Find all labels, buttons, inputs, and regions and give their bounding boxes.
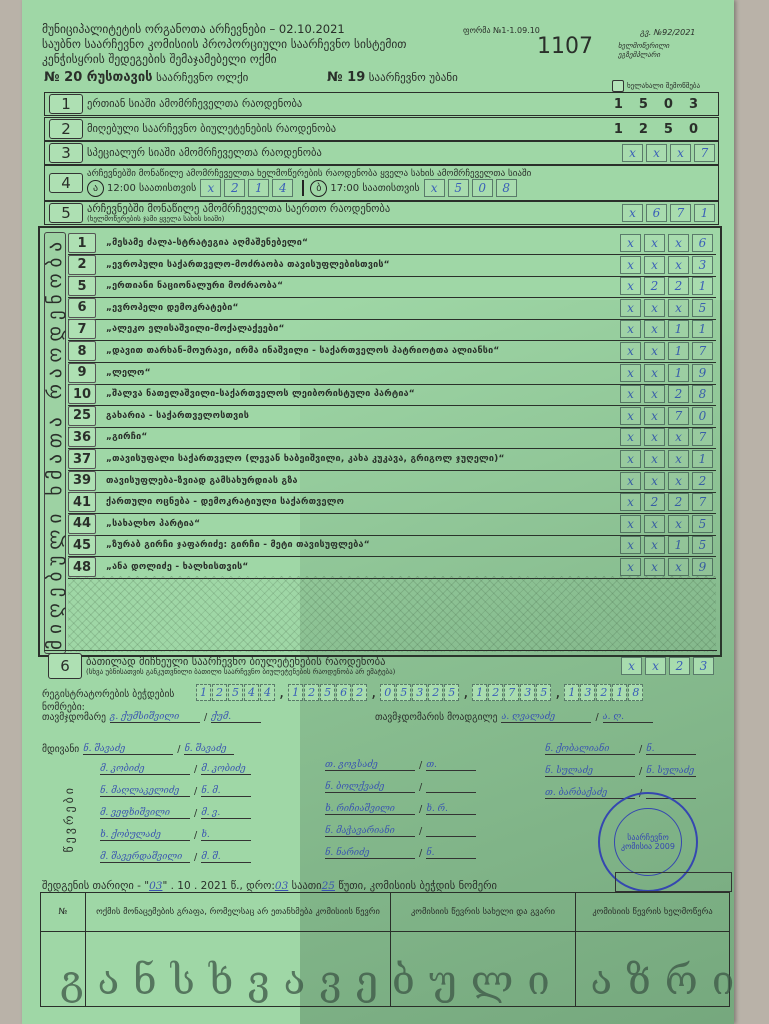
doc-number: გვ. №92/2021 — [640, 28, 695, 37]
value-cells: x 6 7 1 — [622, 204, 715, 222]
header-line-3: კენჭისყრის შედეგების შემაჯამებელი ოქმი — [42, 52, 462, 67]
digit-cell[interactable]: x — [668, 299, 689, 317]
digit-cell[interactable]: 1 — [668, 342, 689, 360]
digit-cell[interactable]: x — [620, 277, 641, 295]
header-line-1: მუნიციპალიტეტის ორგანოთა არჩევნები – 02.… — [42, 22, 462, 37]
deputy-signature: თავმჯდომარის მოადგილე ა. ღვალაძე/ ა. ღ. — [375, 712, 653, 723]
party-number: 2 — [68, 255, 96, 275]
member-signature: ნ. ნარიძე/ნ. — [325, 848, 476, 859]
members-label: წევრები — [62, 785, 76, 853]
col-member-name: კომისიის წევრის სახელი და გვარი — [391, 893, 576, 932]
row-label: ერთიან სიაში ამომრჩეველთა რაოდენობა — [87, 98, 614, 110]
registrar-number: 12562 — [288, 684, 367, 701]
party-number: 8 — [68, 341, 96, 361]
vote-cells: xxx1 — [620, 450, 713, 468]
digit-cell[interactable]: 2 — [692, 472, 713, 490]
row-label: არჩევნებში მონაწილე ამომრჩეველთა ხელმოწე… — [87, 169, 718, 179]
party-number: 37 — [68, 449, 96, 469]
digit-cell[interactable]: 2 — [668, 493, 689, 511]
digit-cell[interactable]: 1 — [668, 364, 689, 382]
digit-cell[interactable]: x — [200, 179, 221, 197]
member-sign[interactable]: ნ. მ. — [201, 786, 251, 797]
digit-cell[interactable]: x — [668, 450, 689, 468]
digit-cell[interactable]: 2 — [669, 657, 690, 675]
party-row: 37 „თავისუფალი საქართველო (ლევან ხაბეიშვ… — [68, 448, 716, 471]
party-row: 8 „დავით თარხან-მოურავი, ირმა ინაშვილი -… — [68, 340, 716, 363]
member-name[interactable]: თ. გოგსაძე — [325, 760, 415, 771]
digit-cell[interactable]: 5 — [536, 684, 551, 701]
member-name[interactable]: ნ. ნარიძე — [325, 848, 415, 859]
party-row: 9 „ლელო“ xx19 — [68, 362, 716, 385]
digit-cell[interactable]: 2 — [644, 493, 665, 511]
member-signature: ნ. ბოლქვაძე/ — [325, 782, 476, 793]
digit-cell[interactable]: 2 — [488, 684, 503, 701]
member-signature: ნ. მაღლაკელიძე/ნ. მ. — [100, 786, 251, 797]
vote-cells: xxx7 — [620, 428, 713, 446]
digit-cell[interactable]: 2 — [596, 684, 611, 701]
party-number: 41 — [68, 492, 96, 512]
row-label: არჩევნებში მონაწილე ამომრჩეველთა საერთო … — [87, 203, 622, 223]
digit-cell[interactable]: 5 — [692, 299, 713, 317]
form-code: ფორმა №1-1.09.10 — [463, 26, 540, 35]
member-name[interactable]: თ. ბარბაქაძე — [545, 788, 635, 799]
digit-cell[interactable]: x — [644, 558, 665, 576]
party-number: 39 — [68, 471, 96, 491]
party-number: 44 — [68, 514, 96, 534]
digit-cell[interactable]: 2 — [668, 277, 689, 295]
noon-label: 12:00 საათისთვის — [107, 183, 196, 194]
member-name[interactable]: ხ. ქობულაძე — [100, 830, 190, 841]
digit-cell[interactable]: 3 — [693, 657, 714, 675]
party-name: „ევროპული საქართველო-მოძრაობა თავისუფლებ… — [106, 260, 620, 270]
vote-cells: xxx9 — [620, 558, 713, 576]
digit-cell[interactable]: 5 — [448, 179, 469, 197]
party-number: 7 — [68, 319, 96, 339]
digit-cell[interactable]: x — [668, 256, 689, 274]
digit-cell[interactable]: x — [620, 472, 641, 490]
member-signature: თ. გოგსაძე/თ. — [325, 760, 476, 771]
member-name[interactable]: ნ. მაჭავარიანი — [325, 826, 415, 837]
evening-cells: x 5 0 8 — [424, 179, 517, 197]
digit-cell[interactable]: x — [620, 536, 641, 554]
row-value: 1250 — [614, 122, 714, 137]
member-name[interactable]: ნ. სულაძე — [545, 766, 635, 777]
party-row: 5 „ერთიანი ნაციონალური მოძრაობა“ x221 — [68, 275, 716, 298]
digit-cell[interactable]: x — [644, 536, 665, 554]
digit-cell[interactable]: 1 — [668, 320, 689, 338]
secretary-sign[interactable]: ნ. შავაძე — [184, 744, 234, 755]
doc-note: ხელმოწერილი ეგზემპლარი — [618, 42, 698, 60]
party-row: 1 „მესამე ძალა-სტრატეგია აღმაშენებელი“ x… — [68, 232, 716, 255]
summary-row-2: 2 მიღებული საარჩევნო ბიულეტენების რაოდენ… — [44, 117, 719, 141]
col-field: ოქმის მონაცემების გრაფა, რომელსაც არ ეთა… — [86, 893, 391, 932]
digit-cell[interactable]: x — [644, 472, 665, 490]
party-number: 9 — [68, 363, 96, 383]
party-name: „ზურაბ გირჩი ჯაფარიძე: გირჩი - მეტი თავი… — [106, 540, 620, 550]
digit-cell[interactable]: 5 — [320, 684, 335, 701]
member-sign[interactable]: ნ. — [646, 744, 696, 755]
party-number: 6 — [68, 298, 96, 318]
party-row: 45 „ზურაბ გირჩი ჯაფარიძე: გირჩი - მეტი თ… — [68, 534, 716, 557]
vote-cells: xxx2 — [620, 472, 713, 490]
mark-b: ბ — [310, 180, 327, 197]
member-sign[interactable]: მ. ვ. — [201, 808, 251, 819]
party-number: 45 — [68, 535, 96, 555]
digit-cell[interactable]: 2 — [212, 684, 227, 701]
separator: , — [463, 682, 468, 701]
digit-cell[interactable]: 1 — [288, 684, 303, 701]
party-number: 1 — [68, 233, 96, 253]
table-header-row: № ოქმის მონაცემების გრაფა, რომელსაც არ ე… — [41, 893, 730, 932]
value-cells: x x x 7 — [622, 144, 715, 162]
registrar-seal-numbers: 12544,12562,05325,12735,13218 — [196, 682, 643, 701]
digit-cell[interactable]: x — [644, 320, 665, 338]
digit-cell[interactable]: x — [620, 256, 641, 274]
turnout-row: 4 არჩევნებში მონაწილე ამომრჩეველთა ხელმო… — [44, 165, 719, 201]
digit-cell[interactable]: 5 — [396, 684, 411, 701]
member-sign[interactable]: ნ. სულაძე — [646, 766, 696, 777]
handwritten-dissent: განსხვავებული აზრი — [60, 958, 748, 1004]
digit-cell[interactable]: x — [644, 342, 665, 360]
protocol-header: მუნიციპალიტეტის ორგანოთა არჩევნები – 02.… — [42, 22, 462, 67]
row-number: 5 — [49, 203, 83, 223]
party-row: 41 ქართული ოცნება - დემოკრატიული საქართვ… — [68, 491, 716, 514]
member-name[interactable]: ნ. ქობალიანი — [545, 744, 635, 755]
separator: , — [555, 682, 560, 701]
vote-cells: xx17 — [620, 342, 713, 360]
digit-cell[interactable]: 0 — [472, 179, 493, 197]
party-name: „სახალხო პარტია“ — [106, 519, 620, 529]
row-number: 4 — [49, 173, 83, 193]
digit-cell[interactable]: 4 — [272, 179, 293, 197]
digit-cell[interactable]: x — [645, 657, 666, 675]
member-signature: ნ. ქობალიანი/ნ. — [545, 744, 696, 755]
digit-cell[interactable]: x — [620, 234, 641, 252]
row-label: ბათილად მიჩნეული საარჩევნო ბიულეტენების … — [86, 656, 621, 676]
party-name: თავისუფლება-ზვიად გამსახურდიას გზა — [106, 476, 620, 486]
party-row: 39 თავისუფლება-ზვიად გამსახურდიას გზა xx… — [68, 470, 716, 493]
digit-cell[interactable]: 0 — [380, 684, 395, 701]
member-sign[interactable]: მ. კობიძე — [201, 764, 251, 775]
row-label: სპეციალურ სიაში ამომრჩეველთა რაოდენობა — [87, 147, 622, 159]
vote-cells: xx28 — [620, 385, 713, 403]
col-member-sign: კომისიის წევრის ხელმოწერა — [576, 893, 730, 932]
party-row: 44 „სახალხო პარტია“ xxx5 — [68, 513, 716, 536]
party-name: „შალვა ნათელაშვილი-საქართველოს ლეიბორისტ… — [106, 389, 620, 399]
digit-cell[interactable]: x — [668, 515, 689, 533]
member-sign[interactable]: ნ. — [426, 848, 476, 859]
party-row: 7 „ალეკო ელისაშვილი-მოქალაქეები“ xx11 — [68, 318, 716, 341]
member-sign[interactable]: ხ. — [201, 830, 251, 841]
party-name: „დავით თარხან-მოურავი, ირმა ინაშვილი - ს… — [106, 346, 620, 356]
digit-cell[interactable]: 1 — [692, 320, 713, 338]
digit-cell[interactable]: x — [620, 407, 641, 425]
party-row: 25 გახარია - საქართველოსთვის xx70 — [68, 405, 716, 428]
secretary-signature: მდივანი ნ. შავაძე/ ნ. შავაძე — [42, 744, 234, 755]
digit-cell[interactable]: 1 — [196, 684, 211, 701]
registrar-number: 05325 — [380, 684, 459, 701]
vote-cells: xx19 — [620, 364, 713, 382]
digit-cell[interactable]: 2 — [428, 684, 443, 701]
digit-cell[interactable]: 1 — [612, 684, 627, 701]
row-number: 1 — [49, 94, 83, 114]
evening-label: 17:00 საათისთვის — [330, 183, 419, 194]
registrar-number: 13218 — [564, 684, 643, 701]
digit-cell[interactable]: 5 — [444, 684, 459, 701]
deputy-name[interactable]: ა. ღვალაძე — [501, 712, 591, 723]
digit-cell[interactable]: x — [424, 179, 445, 197]
member-name[interactable]: ნ. მაღლაკელიძე — [100, 786, 190, 797]
vote-cells: xx70 — [620, 407, 713, 425]
digit-cell[interactable]: 8 — [692, 385, 713, 403]
member-sign[interactable]: ხ. რ. — [426, 804, 476, 815]
digit-cell[interactable]: x — [668, 472, 689, 490]
party-name: „ალეკო ელისაშვილი-მოქალაქეები“ — [106, 324, 620, 334]
summary-row-3: 3 სპეციალურ სიაში ამომრჩეველთა რაოდენობა… — [44, 141, 719, 165]
col-number: № — [41, 893, 86, 932]
party-row: 6 „ევროპელი დემოკრატები“ xxx5 — [68, 297, 716, 320]
digit-cell[interactable]: x — [644, 450, 665, 468]
digit-cell[interactable]: x — [646, 144, 667, 162]
time-minute[interactable]: 25 — [322, 880, 335, 892]
secretary-name[interactable]: ნ. შავაძე — [83, 744, 173, 755]
party-votes-block: მიღებული ხმათა რაოდენობა 1 „მესამე ძალა-… — [38, 226, 722, 657]
digit-cell[interactable]: 1 — [248, 179, 269, 197]
digit-cell[interactable]: x — [620, 450, 641, 468]
digit-cell[interactable]: x — [622, 204, 643, 222]
divider — [302, 180, 304, 196]
row-number: 2 — [49, 119, 83, 139]
party-row: 10 „შალვა ნათელაშვილი-საქართველოს ლეიბორ… — [68, 383, 716, 406]
digit-cell[interactable]: x — [620, 558, 641, 576]
digit-cell[interactable]: 5 — [692, 536, 713, 554]
digit-cell[interactable]: 7 — [692, 342, 713, 360]
hatched-area — [68, 576, 716, 652]
vote-cells: xx15 — [620, 536, 713, 554]
digit-cell[interactable]: 3 — [692, 256, 713, 274]
digit-cell[interactable]: x — [668, 234, 689, 252]
member-signature: ნ. სულაძე/ნ. სულაძე — [545, 766, 696, 777]
member-signature: მ. ვეფხიშვილი/მ. ვ. — [100, 808, 251, 819]
digit-cell[interactable]: 3 — [412, 684, 427, 701]
party-row: 36 „გირჩი“ xxx7 — [68, 426, 716, 449]
digit-cell[interactable]: 5 — [228, 684, 243, 701]
digit-cell[interactable]: 7 — [670, 204, 691, 222]
row-number: 3 — [49, 143, 83, 163]
digit-cell[interactable]: x — [670, 144, 691, 162]
deputy-sign[interactable]: ა. ღ. — [603, 712, 653, 723]
checkbox-icon[interactable] — [612, 80, 624, 92]
digit-cell[interactable]: x — [644, 515, 665, 533]
chair-name[interactable]: გ. ქუმსიშვილი — [110, 712, 200, 723]
digit-cell[interactable]: 8 — [628, 684, 643, 701]
row-label: მიღებული საარჩევნო ბიულეტენების რაოდენობ… — [87, 123, 614, 135]
digit-cell[interactable]: 8 — [496, 179, 517, 197]
digit-cell[interactable]: x — [620, 515, 641, 533]
digit-cell[interactable]: x — [620, 428, 641, 446]
digit-cell[interactable]: x — [644, 407, 665, 425]
digit-cell[interactable]: x — [644, 256, 665, 274]
digit-cell[interactable]: x — [620, 299, 641, 317]
chair-signature: თავმჯდომარე გ. ქუმსიშვილი/ ქუმ. — [42, 712, 261, 723]
row-number: 6 — [48, 653, 82, 679]
digit-cell[interactable]: 2 — [304, 684, 319, 701]
party-row: 2 „ევროპული საქართველო-მოძრაობა თავისუფლ… — [68, 254, 716, 277]
digit-cell[interactable]: 1 — [694, 204, 715, 222]
digit-cell[interactable]: 7 — [692, 428, 713, 446]
vote-cells: xx11 — [620, 320, 713, 338]
digit-cell[interactable]: x — [644, 428, 665, 446]
party-name: „გირჩი“ — [106, 432, 620, 442]
value-cells: x x 2 3 — [621, 657, 714, 675]
party-name: „თავისუფალი საქართველო (ლევან ხაბეიშვილი… — [106, 454, 620, 464]
vote-cells: xxx5 — [620, 299, 713, 317]
digit-cell[interactable]: x — [644, 364, 665, 382]
party-number: 5 — [68, 276, 96, 296]
member-sign[interactable] — [426, 792, 476, 793]
digit-cell[interactable]: 5 — [692, 515, 713, 533]
seal-number-box[interactable] — [615, 872, 732, 892]
digit-cell[interactable]: 7 — [692, 493, 713, 511]
digit-cell[interactable]: 1 — [692, 277, 713, 295]
digit-cell[interactable]: x — [668, 428, 689, 446]
digit-cell[interactable]: 6 — [336, 684, 351, 701]
separator: , — [279, 682, 284, 701]
protocol-number: 1107 — [537, 34, 593, 59]
party-number: 36 — [68, 427, 96, 447]
digit-cell[interactable]: 7 — [668, 407, 689, 425]
date-day[interactable]: 03 — [149, 880, 162, 892]
digit-cell[interactable]: x — [644, 385, 665, 403]
digit-cell[interactable]: x — [644, 299, 665, 317]
invalid-ballots-row: 6 ბათილად მიჩნეული საარჩევნო ბიულეტენები… — [44, 650, 717, 681]
date-line: შედგენის თარიღი - "03" . 10 . 2021 წ., დ… — [42, 880, 497, 892]
party-name: „ევროპელი დემოკრატები“ — [106, 303, 620, 313]
precinct: № 19 საარჩევნო უბანი — [327, 70, 458, 85]
digit-cell[interactable]: 1 — [692, 450, 713, 468]
digit-cell[interactable]: x — [620, 364, 641, 382]
member-signature: მ. კობიძე/მ. კობიძე — [100, 764, 251, 775]
digit-cell[interactable]: 4 — [260, 684, 275, 701]
digit-cell[interactable]: 9 — [692, 364, 713, 382]
digit-cell[interactable]: 6 — [692, 234, 713, 252]
digit-cell[interactable]: 1 — [564, 684, 579, 701]
digit-cell[interactable]: 2 — [668, 385, 689, 403]
member-signature: თ. ბარბაქაძე/ — [545, 788, 696, 799]
header-line-2: საუბნო საარჩევნო კომისიის პროპორციული სა… — [42, 37, 462, 52]
member-signature: ნ. მაჭავარიანი/ — [325, 826, 476, 837]
vote-cells: x221 — [620, 277, 713, 295]
member-sign[interactable]: თ. — [426, 760, 476, 771]
party-name: „მესამე ძალა-სტრატეგია აღმაშენებელი“ — [106, 238, 620, 248]
member-name[interactable]: მ. ვეფხიშვილი — [100, 808, 190, 819]
party-name: „ლელო“ — [106, 368, 620, 378]
member-name[interactable]: ხ. რიჩიაშვილი — [325, 804, 415, 815]
vote-cells: xxx3 — [620, 256, 713, 274]
party-block-label: მიღებული ხმათა რაოდენობა — [44, 232, 66, 654]
chair-sign[interactable]: ქუმ. — [211, 712, 261, 723]
digit-cell[interactable]: 0 — [692, 407, 713, 425]
digit-cell[interactable]: x — [621, 657, 642, 675]
registrar-number: 12735 — [472, 684, 551, 701]
registrar-number: 12544 — [196, 684, 275, 701]
party-name: „ანა დოლიძე - ხალხისთვის“ — [106, 562, 620, 572]
party-name: ქართული ოცნება - დემოკრატიული საქართველო — [106, 497, 620, 507]
member-sign[interactable]: მ. შ. — [201, 852, 251, 863]
digit-cell[interactable]: 7 — [504, 684, 519, 701]
digit-cell[interactable]: 1 — [668, 536, 689, 554]
member-signature: ხ. რიჩიაშვილი/ხ. რ. — [325, 804, 476, 815]
party-name: „ერთიანი ნაციონალური მოძრაობა“ — [106, 281, 620, 291]
summary-row-1: 1 ერთიან სიაში ამომრჩეველთა რაოდენობა 15… — [44, 92, 719, 116]
digit-cell[interactable]: 9 — [692, 558, 713, 576]
turnout-content: არჩევნებში მონაწილე ამომრჩეველთა ხელმოწე… — [87, 169, 718, 197]
digit-cell[interactable]: x — [668, 558, 689, 576]
vote-cells: xxx6 — [620, 234, 713, 252]
member-name[interactable]: ნ. ბოლქვაძე — [325, 782, 415, 793]
recount-checkbox[interactable]: ხელახალი შემოწმება — [612, 80, 700, 92]
vote-cells: x227 — [620, 493, 713, 511]
party-name: გახარია - საქართველოსთვის — [106, 411, 620, 421]
digit-cell[interactable]: x — [620, 385, 641, 403]
party-number: 10 — [68, 384, 96, 404]
district: № 20 რუსთავის საარჩევნო ოლქი — [44, 70, 248, 85]
member-sign[interactable] — [426, 836, 476, 837]
mark-a: ა — [87, 180, 104, 197]
row-value: 1503 — [614, 97, 714, 112]
total-row: 5 არჩევნებში მონაწილე ამომრჩეველთა საერთ… — [44, 201, 719, 225]
member-signature: მ. შავერდაშვილი/მ. შ. — [100, 852, 251, 863]
member-name[interactable]: მ. შავერდაშვილი — [100, 852, 190, 863]
digit-cell[interactable]: x — [622, 144, 643, 162]
turnout-values: ა 12:00 საათისთვის x 2 1 4 ბ 17:00 საათი… — [87, 179, 718, 197]
digit-cell[interactable]: 2 — [224, 179, 245, 197]
digit-cell[interactable]: 4 — [244, 684, 259, 701]
digit-cell[interactable]: 2 — [644, 277, 665, 295]
member-signature: ხ. ქობულაძე/ხ. — [100, 830, 251, 841]
digit-cell[interactable]: x — [620, 320, 641, 338]
registrar-label: რეგისტრატორების ბეჭდების ნომრები: — [42, 688, 192, 714]
digit-cell[interactable]: 1 — [472, 684, 487, 701]
separator: , — [371, 682, 376, 701]
digit-cell[interactable]: x — [620, 342, 641, 360]
time-hour[interactable]: 03 — [275, 880, 288, 892]
digit-cell[interactable]: x — [644, 234, 665, 252]
digit-cell[interactable]: 2 — [352, 684, 367, 701]
digit-cell[interactable]: x — [620, 493, 641, 511]
party-number: 25 — [68, 406, 96, 426]
vote-cells: xxx5 — [620, 515, 713, 533]
digit-cell[interactable]: 3 — [520, 684, 535, 701]
digit-cell[interactable]: 6 — [646, 204, 667, 222]
party-number: 48 — [68, 557, 96, 577]
member-name[interactable]: მ. კობიძე — [100, 764, 190, 775]
noon-cells: x 2 1 4 — [200, 179, 293, 197]
digit-cell[interactable]: 3 — [580, 684, 595, 701]
digit-cell[interactable]: 7 — [694, 144, 715, 162]
